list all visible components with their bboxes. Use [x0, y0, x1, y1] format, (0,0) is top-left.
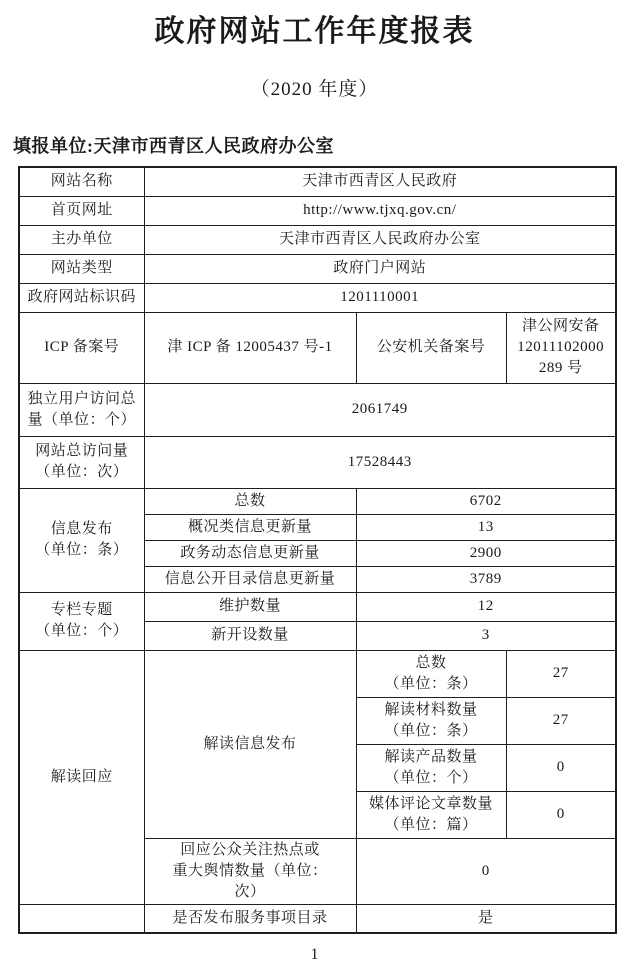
service-directory-value: 是 [356, 904, 616, 933]
special-columns-new-label: 新开设数量 [144, 621, 356, 650]
interpretation-material-label: 解读材料数量 （单位：条） [356, 697, 506, 744]
site-code-value: 1201110001 [144, 283, 616, 312]
table-row: 信息发布 （单位：条） 总数 6702 [19, 488, 616, 514]
interpretation-publish-label: 解读信息发布 [144, 650, 356, 838]
annual-report-table: 网站名称 天津市西青区人民政府 首页网址 http://www.tjxq.gov… [18, 166, 617, 934]
table-row: 网站类型 政府门户网站 [19, 254, 616, 283]
table-row: 专栏专题 （单位：个） 维护数量 12 [19, 592, 616, 621]
interpretation-product-value: 0 [506, 744, 616, 791]
table-row: 独立用户访问总 量（单位：个） 2061749 [19, 383, 616, 436]
police-record-value: 津公网安备 12011102000 289 号 [506, 312, 616, 383]
info-publish-total-label: 总数 [144, 488, 356, 514]
interpretation-total-label: 总数 （单位：条） [356, 650, 506, 697]
report-page: 政府网站工作年度报表 （2020 年度） 填报单位:天津市西青区人民政府办公室 … [0, 0, 629, 979]
table-row: 网站总访问量 （单位：次） 17528443 [19, 436, 616, 488]
report-year: （2020 年度） [0, 74, 629, 101]
home-url-value: http://www.tjxq.gov.cn/ [144, 196, 616, 225]
icp-value: 津 ICP 备 12005437 号-1 [144, 312, 356, 383]
reporting-unit-label: 填报单位: [13, 136, 94, 156]
empty-cell [19, 904, 144, 933]
info-publish-overview-value: 13 [356, 514, 616, 540]
table-row: 主办单位 天津市西青区人民政府办公室 [19, 225, 616, 254]
unique-visitors-label: 独立用户访问总 量（单位：个） [19, 383, 144, 436]
info-publish-directory-label: 信息公开目录信息更新量 [144, 566, 356, 592]
site-type-label: 网站类型 [19, 254, 144, 283]
icp-label: ICP 备案号 [19, 312, 144, 383]
special-columns-maintained-value: 12 [356, 592, 616, 621]
total-visits-value: 17528443 [144, 436, 616, 488]
response-hotspot-value: 0 [356, 838, 616, 904]
site-name-value: 天津市西青区人民政府 [144, 167, 616, 196]
response-hotspot-label: 回应公众关注热点或 重大舆情数量（单位： 次） [144, 838, 356, 904]
interpretation-product-label: 解读产品数量 （单位：个） [356, 744, 506, 791]
page-title: 政府网站工作年度报表 [0, 12, 629, 51]
info-publish-overview-label: 概况类信息更新量 [144, 514, 356, 540]
table-row: 解读回应 解读信息发布 总数 （单位：条） 27 [19, 650, 616, 697]
unique-visitors-value: 2061749 [144, 383, 616, 436]
reporting-unit: 填报单位:天津市西青区人民政府办公室 [13, 132, 629, 158]
interpretation-material-value: 27 [506, 697, 616, 744]
page-number: 1 [0, 946, 629, 964]
table-row: 首页网址 http://www.tjxq.gov.cn/ [19, 196, 616, 225]
table-row: 是否发布服务事项目录 是 [19, 904, 616, 933]
organizer-value: 天津市西青区人民政府办公室 [144, 225, 616, 254]
police-record-label: 公安机关备案号 [356, 312, 506, 383]
info-publish-news-label: 政务动态信息更新量 [144, 540, 356, 566]
total-visits-label: 网站总访问量 （单位：次） [19, 436, 144, 488]
site-name-label: 网站名称 [19, 167, 144, 196]
home-url-label: 首页网址 [19, 196, 144, 225]
special-columns-maintained-label: 维护数量 [144, 592, 356, 621]
interpretation-media-value: 0 [506, 791, 616, 838]
organizer-label: 主办单位 [19, 225, 144, 254]
info-publish-total-value: 6702 [356, 488, 616, 514]
table-row: 网站名称 天津市西青区人民政府 [19, 167, 616, 196]
interpretation-media-label: 媒体评论文章数量 （单位：篇） [356, 791, 506, 838]
reporting-unit-value: 天津市西青区人民政府办公室 [94, 136, 335, 156]
table-row: ICP 备案号 津 ICP 备 12005437 号-1 公安机关备案号 津公网… [19, 312, 616, 383]
service-directory-label: 是否发布服务事项目录 [144, 904, 356, 933]
info-publish-directory-value: 3789 [356, 566, 616, 592]
info-publish-group-label: 信息发布 （单位：条） [19, 488, 144, 592]
table-row: 政府网站标识码 1201110001 [19, 283, 616, 312]
site-code-label: 政府网站标识码 [19, 283, 144, 312]
special-columns-group-label: 专栏专题 （单位：个） [19, 592, 144, 650]
special-columns-new-value: 3 [356, 621, 616, 650]
site-type-value: 政府门户网站 [144, 254, 616, 283]
interpretation-group-label: 解读回应 [19, 650, 144, 904]
info-publish-news-value: 2900 [356, 540, 616, 566]
interpretation-total-value: 27 [506, 650, 616, 697]
